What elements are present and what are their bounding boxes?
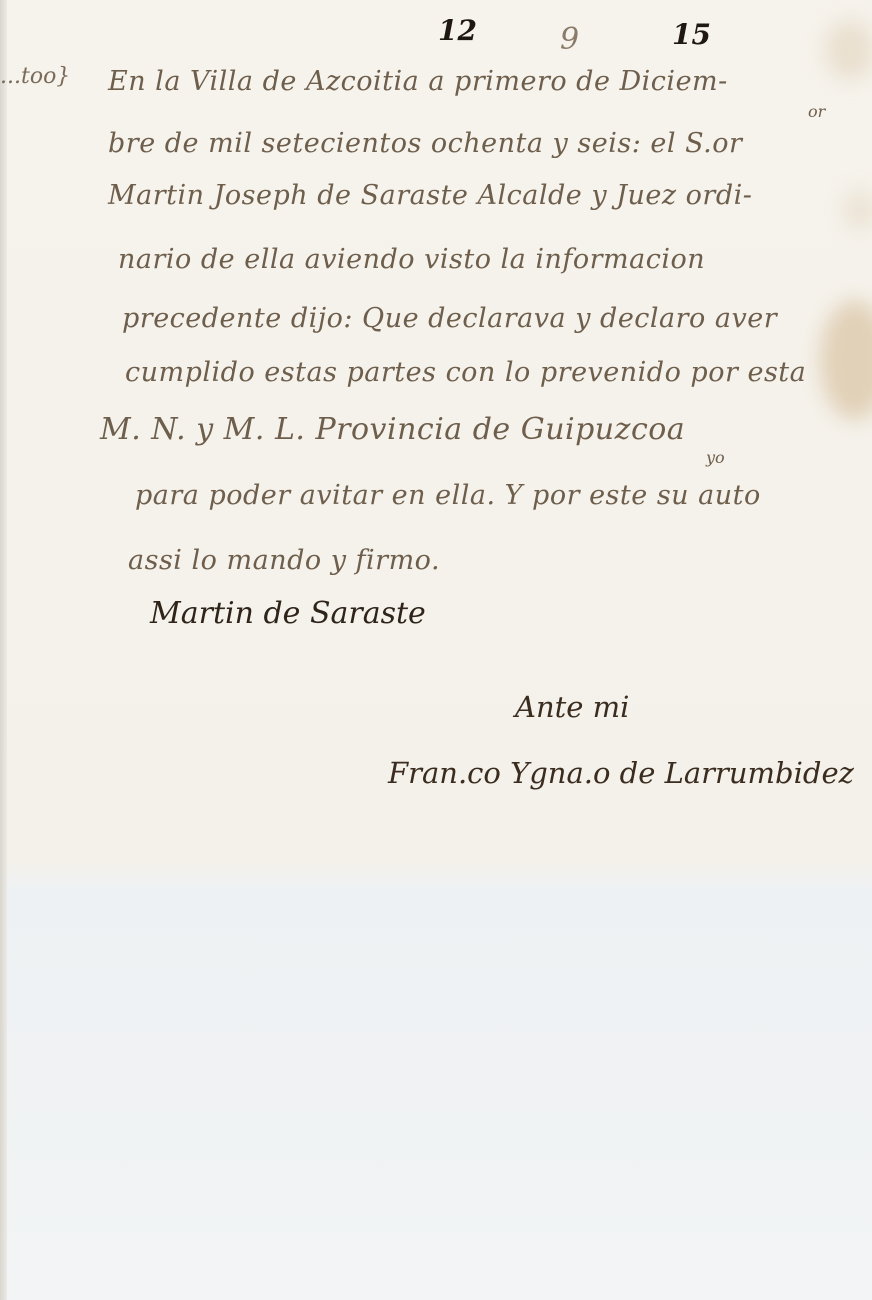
- body-line: assi lo mando y firmo.: [128, 545, 440, 576]
- folio-number-right: 15: [672, 18, 711, 51]
- interlinear-insertion: yo: [706, 448, 725, 467]
- body-line: para poder avitar en ella. Y por este su…: [135, 480, 761, 511]
- body-line: M. N. y M. L. Provincia de Guipuzcoa: [100, 412, 685, 447]
- water-stain: [845, 190, 872, 230]
- signature-official: Martin de Saraste: [150, 596, 426, 631]
- margin-note: ...too}: [0, 64, 70, 89]
- water-stain: [825, 20, 872, 80]
- manuscript-page: 12 9 15 ...too} En la Villa de Azcoitia …: [0, 0, 872, 1300]
- interlinear-insertion: or: [808, 102, 825, 121]
- body-line: nario de ella aviendo visto la informaci…: [118, 244, 705, 275]
- body-line: bre de mil setecientos ochenta y seis: e…: [108, 128, 742, 159]
- page-edge: [0, 0, 7, 1300]
- water-stain: [820, 300, 872, 420]
- folio-number-left: 12: [438, 14, 477, 47]
- notary-prefix: Ante mi: [515, 690, 629, 724]
- body-line: Martin Joseph de Saraste Alcalde y Juez …: [108, 180, 752, 211]
- body-line: En la Villa de Azcoitia a primero de Dic…: [108, 66, 728, 97]
- body-line: precedente dijo: Que declarava y declaro…: [122, 303, 777, 334]
- folio-number-center: 9: [560, 22, 579, 57]
- body-line: cumplido estas partes con lo prevenido p…: [125, 357, 806, 388]
- signature-notary: Fran.co Ygna.o de Larrumbidez: [388, 756, 854, 790]
